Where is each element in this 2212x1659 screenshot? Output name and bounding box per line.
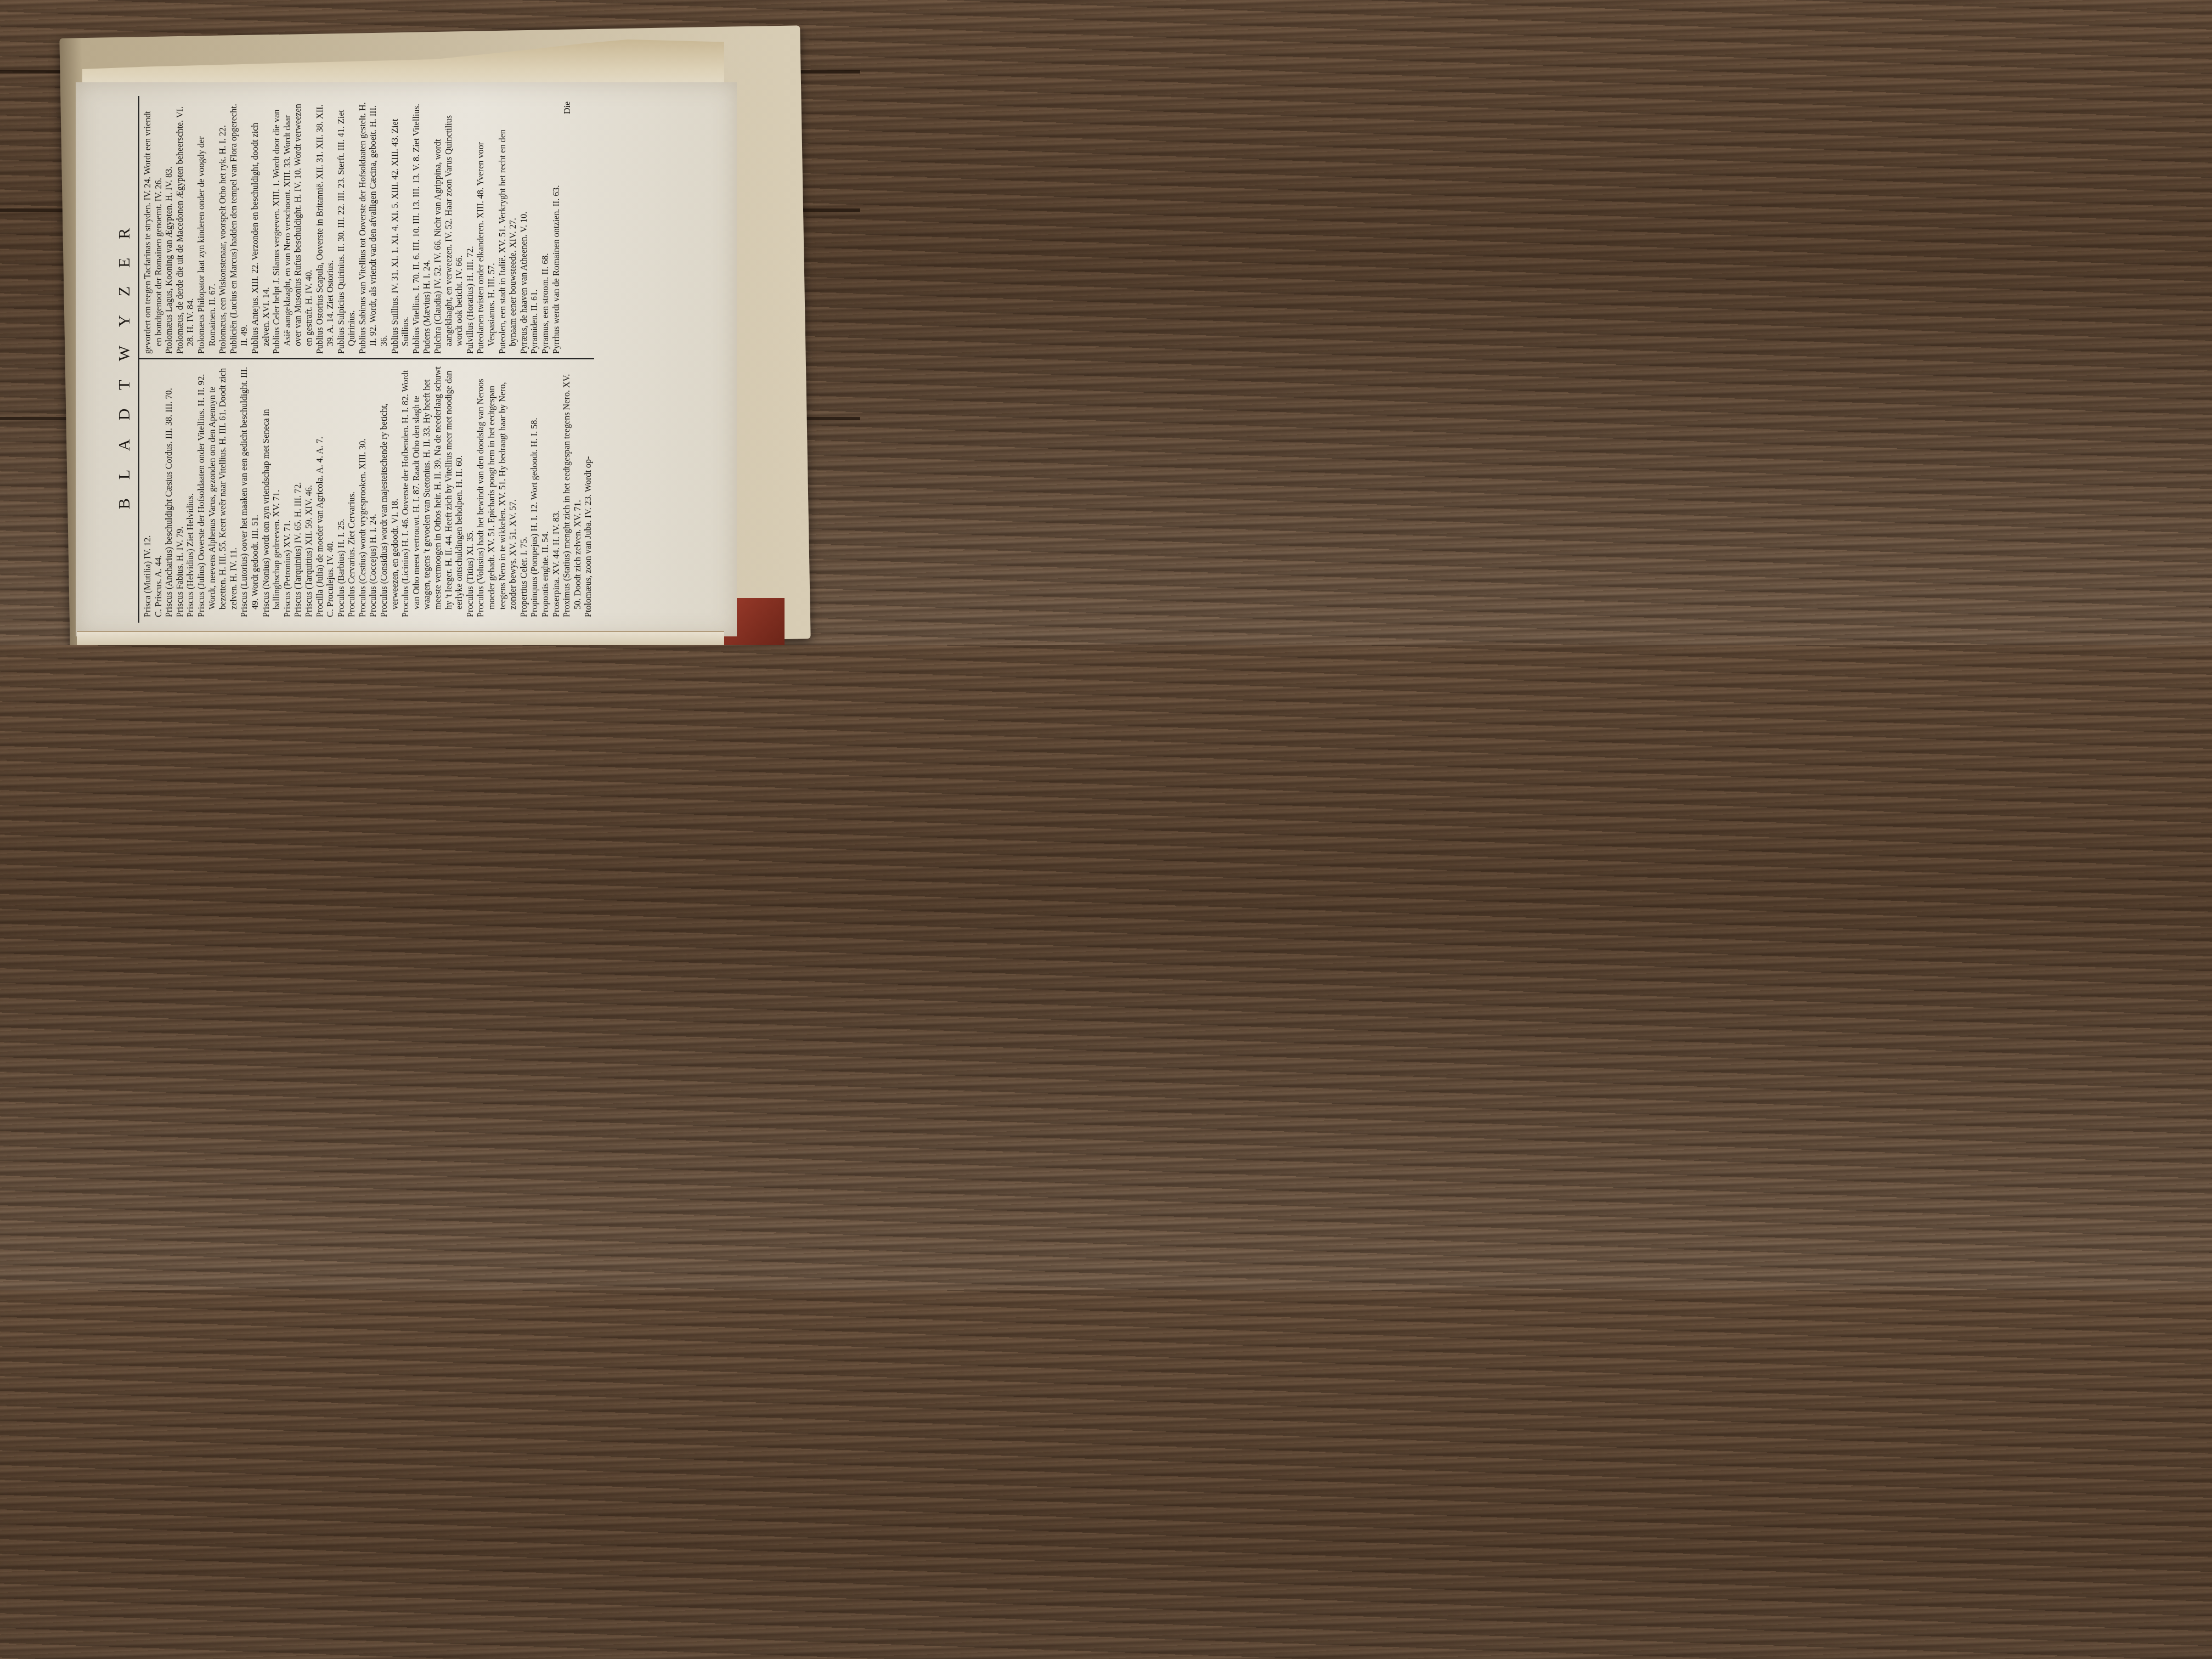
index-entry: Publius Ostorius Scapula, Ooverste in Br… xyxy=(315,101,336,354)
index-entry: Publius Sabinus van Vitellius tot Oovers… xyxy=(358,101,390,354)
facing-page-edge xyxy=(77,631,724,645)
header-rule xyxy=(138,96,139,623)
index-entry: Proculus (Titius) XI. 35. xyxy=(465,365,476,617)
index-entry: Propinquus (Pompejus) H. I. 12. Wort ged… xyxy=(529,365,540,617)
index-entry: Proculus (Licinius) H. I. 46. Ooverste d… xyxy=(400,365,465,617)
index-entry: Publius Vitellius. I. 70. II. 6. III. 10… xyxy=(411,101,422,354)
index-entry: Pulchra (Claudia) IV. 52. IV. 66. Nicht … xyxy=(433,101,465,354)
index-entry: Publius Antejus. XIII. 22. Verzonden en … xyxy=(250,101,272,354)
index-entry: Ptolomæus, de derde die uit de Macedonen… xyxy=(175,101,196,354)
index-entry: Priscus (Lutorius) oover het maaken van … xyxy=(239,365,261,617)
index-entry: Publius Sulpicius Quirinius. II. 30. III… xyxy=(336,101,358,354)
index-entry: C. Priscus. A. 44. xyxy=(154,365,165,617)
index-entry: Pulvillus (Horatius) H. III. 72. xyxy=(465,101,476,354)
index-entry: gevordert om teegen Tacfarinas te stryde… xyxy=(143,101,164,354)
index-entry: Pudens (Mævius) H. I. 24. xyxy=(422,101,433,354)
index-entry: Proculus (Considius) wordt van majesteit… xyxy=(379,365,400,617)
index-entry: Priscus (Tarquitius) XII. 59. XIV. 46. xyxy=(304,365,315,617)
index-entry: Proculus (Cestius) wordt vrygesprooken. … xyxy=(358,365,369,617)
index-entry: Proximus (Statius) menght zich in het ee… xyxy=(562,365,583,617)
left-column: Prisca (Mutilia) IV. 12. C. Priscus. A. … xyxy=(143,359,594,623)
index-entry: Propertius Celer. I. 75. xyxy=(519,365,530,617)
index-entry: Puteolen, een stadt in Italië. XV. 51. V… xyxy=(498,101,519,354)
index-entry: Pyramiden. II. 61. xyxy=(529,101,540,354)
index-entry: Propontis enghte. II. 54. xyxy=(540,365,551,617)
index-entry: Priscus (Nonius) wordt om zyn vriendscha… xyxy=(261,365,283,617)
index-entry: Proculus (Coccejus) H. I. 24. xyxy=(368,365,379,617)
page-text-block: BLADTWYZER Prisca (Mutilia) IV. 12. C. P… xyxy=(115,96,664,623)
index-entry: Priscus (Petronius) XV. 71. xyxy=(283,365,294,617)
index-entry: Prisca (Mutilia) IV. 12. xyxy=(143,365,154,617)
index-entry: Proculus Cervarius. Ziet Cervarius. xyxy=(347,365,358,617)
index-entry: Ptolomæus, zoon van Juba. IV. 23. Wordt … xyxy=(583,365,594,617)
catchword: Die xyxy=(563,101,573,354)
index-entry: Publiciën (Lucius en Marcus) hadden den … xyxy=(229,101,250,354)
index-entry: Pyræus, de haaven van Atheenen. V. 10. xyxy=(519,101,530,354)
index-entry: Ptolomæus Lagus, Kooning van Ægypten. H.… xyxy=(164,101,175,354)
index-entry: Publius Celer helpt J. Silanus vergeeven… xyxy=(272,101,314,354)
index-columns: Prisca (Mutilia) IV. 12. C. Priscus. A. … xyxy=(143,96,594,623)
index-entry: Ptolomæus Philopator laat zyn kinderen o… xyxy=(196,101,218,354)
index-entry: Priscus (Julius) Ooverste der Hofsoldaat… xyxy=(196,365,239,617)
index-entry: Priscus (Tarquinius) IV. 65. H. III. 72. xyxy=(293,365,304,617)
index-entry: C. Proculejus. IV. 40. xyxy=(325,365,336,617)
column-rule xyxy=(139,358,594,359)
index-entry: Proserpina. XV. 44. H. IV. 83. xyxy=(551,365,562,617)
index-entry: Priscus (Ancharius) beschuldight Cæsius … xyxy=(164,365,175,617)
index-entry: Puteolanen twisten onder elkanderen. XII… xyxy=(476,101,497,354)
index-entry: Priscus (Helvidius) Ziet Helvidius. xyxy=(185,365,196,617)
index-entry: Publius Suillius. IV. 31. XI. 1. XI. 4. … xyxy=(390,101,411,354)
index-entry: Procilla (Julia) de moeder van Agricola.… xyxy=(315,365,326,617)
page-title: BLADTWYZER xyxy=(115,96,137,623)
index-entry: Priscus Fabius. H. IV. 79. xyxy=(175,365,186,617)
right-column: gevordert om teegen Tacfarinas te stryde… xyxy=(143,96,594,359)
index-entry: Proculus (Volusius) hadt het bewindt van… xyxy=(476,365,518,617)
index-entry: Proculus (Barbius) H. I. 25. xyxy=(336,365,347,617)
index-entry: Pyramus, een stroom. II. 68. xyxy=(540,101,551,354)
index-entry: Ptolomæus, een Wiskonstenaar, voorspelt … xyxy=(218,101,229,354)
index-entry: Pyrrhus werdt van de Romainen ontzien. I… xyxy=(551,101,562,354)
